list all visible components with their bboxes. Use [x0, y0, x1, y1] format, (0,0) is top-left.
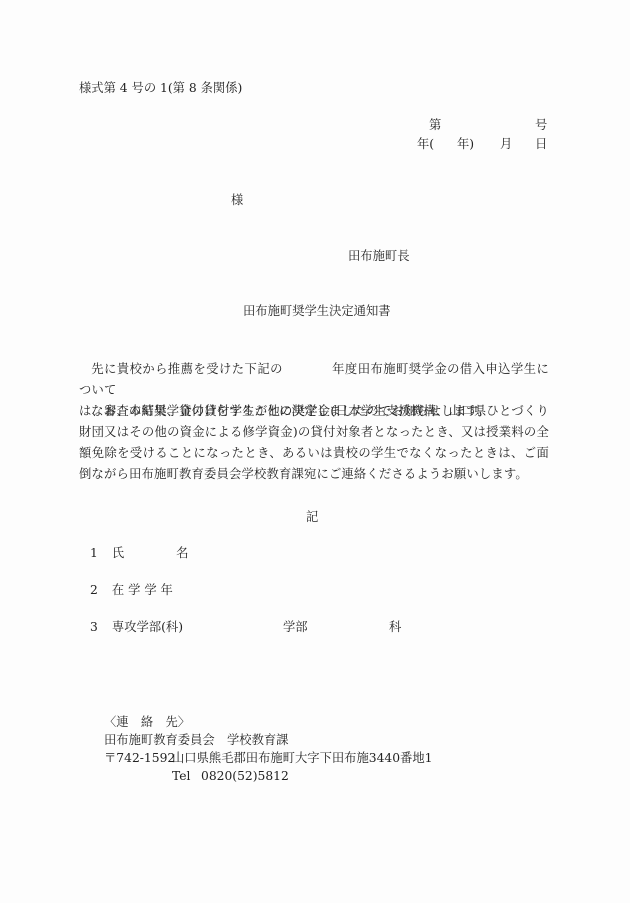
date-day: 日 [535, 138, 547, 150]
date-year-prefix: 年( [417, 138, 434, 150]
contact-postal-code: 〒742-1592 [104, 752, 175, 764]
contact-tel-number: 0820(52)5812 [201, 770, 289, 782]
ki-heading: 記 [306, 511, 318, 523]
sender-title: 田布施町長 [348, 250, 410, 262]
paragraph-2-text: なお、本町奨学金の貸付学生が他の奨学金(日本学生支援機構、山口県ひとづくり財団又… [79, 401, 549, 485]
document-title: 田布施町奨学生決定通知書 [243, 305, 391, 317]
item-number: 1 [90, 547, 108, 559]
paragraph-1-line-1: 先に貴校から推薦を受けた下記の年度田布施町奨学金の借入申込学生について [79, 359, 549, 401]
item-grade-row: 2 在 学 学 年 [90, 584, 173, 596]
paragraph-1-text-a: 先に貴校から推薦を受けた下記の [91, 362, 283, 376]
form-number: 様式第 4 号の 1(第 8 条関係) [79, 82, 242, 94]
contact-heading: 〈連 絡 先〉 [104, 716, 190, 728]
item-label-surname: 氏 [112, 546, 124, 560]
item-label-grade: 在 学 学 年 [112, 583, 173, 597]
item-name-row: 1 氏 名 [90, 547, 188, 559]
addressee-honorific: 様 [231, 194, 243, 206]
contact-office: 田布施町教育委員会 学校教育課 [104, 734, 288, 746]
body-paragraph-2: なお、本町奨学金の貸付学生が他の奨学金(日本学生支援機構、山口県ひとづくり財団又… [79, 401, 549, 485]
contact-address: 山口県熊毛郡田布施町大字下田布施3440番地1 [172, 752, 432, 764]
contact-tel-label: Tel [172, 770, 190, 782]
date-year-era: 年) [457, 138, 474, 150]
document-number-prefix: 第 [429, 119, 441, 131]
item-label-name: 名 [176, 546, 188, 560]
item-number: 3 [90, 621, 108, 633]
faculty-suffix: 学部 [283, 621, 308, 633]
item-label-major: 専攻学部(科) [112, 620, 183, 634]
item-major-row: 3 専攻学部(科) [90, 621, 183, 633]
item-number: 2 [90, 584, 108, 596]
department-suffix: 科 [389, 621, 401, 633]
date-month: 月 [500, 138, 512, 150]
document-number-suffix: 号 [535, 119, 547, 131]
